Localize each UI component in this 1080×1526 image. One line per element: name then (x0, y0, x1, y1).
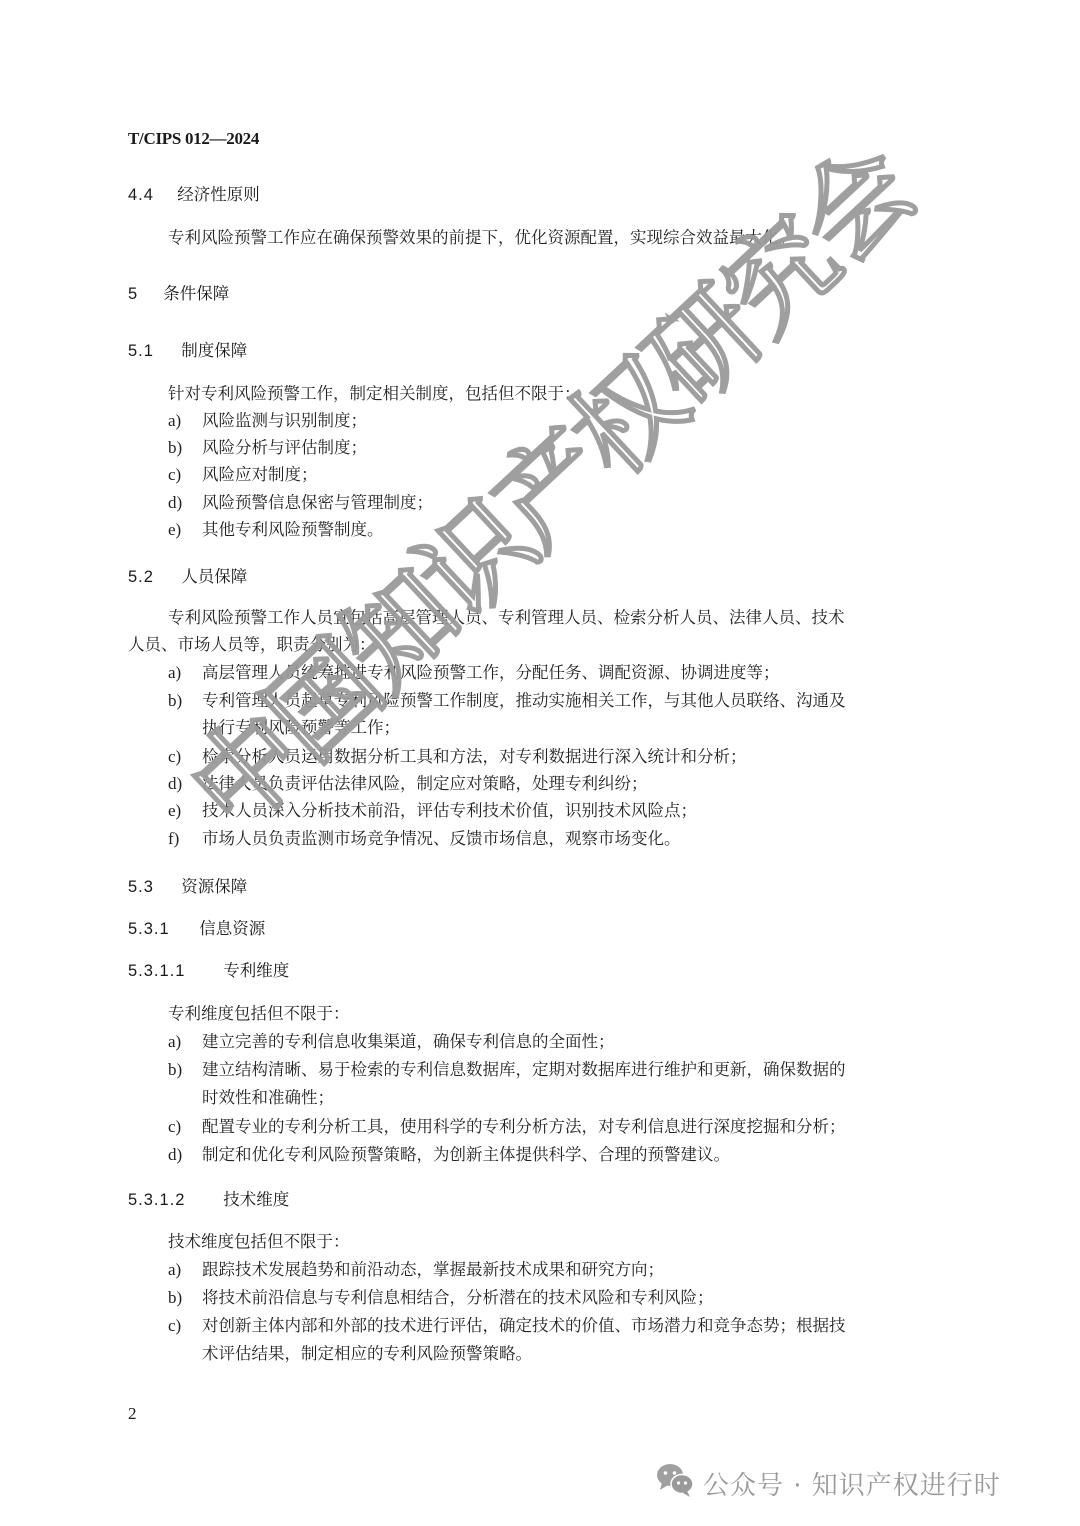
section-heading-5-1: 5.1 制度保障 (128, 340, 247, 362)
section-heading-5-3-1: 5.3.1 信息资源 (128, 918, 265, 940)
section-title: 人员保障 (181, 567, 247, 586)
list-item: a)高层管理人员统筹推进专利风险预警工作，分配任务、调配资源、协调进度等； (168, 662, 780, 684)
paragraph: 技术维度包括但不限于： (168, 1231, 350, 1253)
list-item-continuation: 术评估结果，制定相应的专利风险预警策略。 (202, 1343, 532, 1365)
document-code: T/CIPS 012—2024 (128, 129, 259, 149)
list-item: e)其他专利风险预警制度。 (168, 519, 384, 541)
list-item: a)风险监测与识别制度； (168, 410, 367, 432)
list-item: b)风险分析与评估制度； (168, 437, 367, 459)
section-title: 资源保障 (181, 877, 247, 896)
section-heading-5-3-1-2: 5.3.1.2 技术维度 (128, 1189, 289, 1211)
section-title: 技术维度 (223, 1190, 289, 1209)
section-heading-5-2: 5.2 人员保障 (128, 566, 247, 588)
list-item-continuation: 时效性和准确性； (202, 1087, 334, 1109)
list-item: c)风险应对制度； (168, 464, 318, 486)
list-item: f)市场人员负责监测市场竞争情况、反馈市场信息，观察市场变化。 (168, 828, 681, 850)
wechat-credit-text: 公众号 · 知识产权进行时 (703, 1465, 1001, 1502)
paragraph: 专利风险预警工作人员宜包括高层管理人员、专利管理人员、检索分析人员、法律人员、技… (168, 607, 845, 629)
list-item: c)配置专业的专利分析工具，使用科学的专利分析方法，对专利信息进行深度挖掘和分析… (168, 1116, 846, 1138)
wechat-account-credit: 公众号 · 知识产权进行时 (655, 1463, 1001, 1503)
list-item: c)检索分析人员运用数据分析工具和方法，对专利数据进行深入统计和分析； (168, 746, 747, 768)
section-number: 4.4 (128, 184, 172, 206)
section-heading-5-3: 5.3 资源保障 (128, 876, 247, 898)
section-number: 5.2 (128, 566, 176, 588)
section-number: 5.3.1 (128, 918, 194, 940)
section-title: 制度保障 (181, 341, 247, 360)
page-number: 2 (128, 1404, 137, 1424)
section-title: 经济性原则 (177, 185, 260, 204)
list-item: b)将技术前沿信息与专利信息相结合，分析潜在的技术风险和专利风险； (168, 1287, 714, 1309)
section-title: 专利维度 (223, 961, 289, 980)
section-number: 5.3.1.2 (128, 1189, 218, 1211)
list-item: b)建立结构清晰、易于检索的专利信息数据库，定期对数据库进行维护和更新，确保数据… (168, 1059, 846, 1081)
document-page: T/CIPS 012—2024 4.4 经济性原则 专利风险预警工作应在确保预警… (0, 0, 1080, 1526)
section-title: 信息资源 (199, 919, 265, 938)
list-item-continuation: 执行专利风险预警等工作； (202, 717, 400, 739)
list-item: d)法律人员负责评估法律风险，制定应对策略，处理专利纠纷； (168, 773, 648, 795)
section-title: 条件保障 (163, 284, 229, 303)
paragraph: 专利风险预警工作应在确保预警效果的前提下，优化资源配置，实现综合效益最大化。 (168, 227, 795, 249)
paragraph: 专利维度包括但不限于： (168, 1003, 350, 1025)
section-number: 5.1 (128, 340, 176, 362)
list-item: a)跟踪技术发展趋势和前沿动态，掌握最新技术成果和研究方向； (168, 1259, 664, 1281)
paragraph: 针对专利风险预警工作，制定相关制度，包括但不限于： (168, 383, 581, 405)
list-item: e)技术人员深入分析技术前沿，评估专利技术价值，识别技术风险点； (168, 800, 697, 822)
section-number: 5.3.1.1 (128, 960, 218, 982)
list-item: d)制定和优化专利风险预警策略，为创新主体提供科学、合理的预警建议。 (168, 1144, 730, 1166)
list-item: c)对创新主体内部和外部的技术进行评估，确定技术的价值、市场潜力和竞争态势；根据… (168, 1315, 846, 1337)
section-heading-5: 5 条件保障 (128, 283, 229, 305)
list-item: a)建立完善的专利信息收集渠道，确保专利信息的全面性； (168, 1031, 615, 1053)
list-item: b)专利管理人员起草专利风险预警工作制度，推动实施相关工作，与其他人员联络、沟通… (168, 690, 846, 712)
section-number: 5 (128, 283, 158, 305)
list-item: d)风险预警信息保密与管理制度； (168, 492, 433, 514)
paragraph-continuation: 人员、市场人员等，职责分别为： (128, 634, 376, 656)
section-number: 5.3 (128, 876, 176, 898)
section-heading-4-4: 4.4 经济性原则 (128, 184, 260, 206)
wechat-icon (655, 1462, 703, 1505)
section-heading-5-3-1-1: 5.3.1.1 专利维度 (128, 960, 289, 982)
